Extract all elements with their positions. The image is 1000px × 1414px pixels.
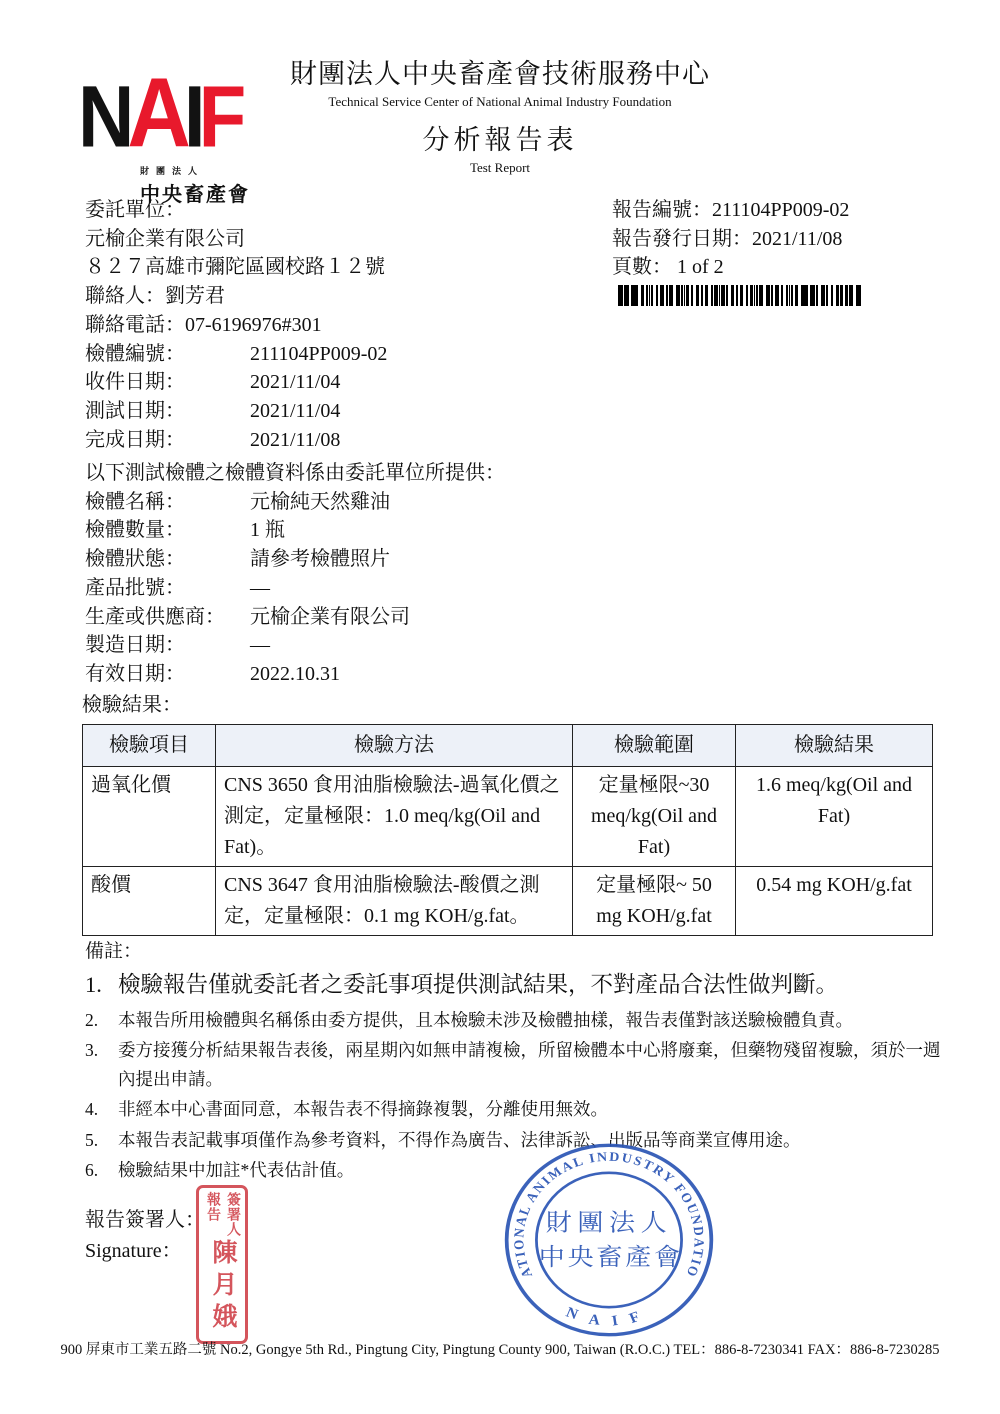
row2-method: CNS 3647 食用油脂檢驗法-酸價之測定，定量極限：0.1 mg KOH/g…	[216, 867, 573, 936]
note-number: 5.	[85, 1126, 118, 1155]
note-text: 委方接獲分析結果報告表後，兩星期內如無申請複檢，所留檢體本中心將廢棄，但藥物殘留…	[118, 1036, 951, 1093]
report-number-label: 報告編號：	[612, 199, 712, 221]
sample-number-label: 檢體編號：	[85, 340, 250, 369]
client-phone: 聯絡電話：07-6196976#301	[85, 311, 387, 340]
title-block: 財團法人中央畜產會技術服務中心 Technical Service Center…	[0, 52, 1000, 176]
table-row: 酸價 CNS 3647 食用油脂檢驗法-酸價之測定，定量極限：0.1 mg KO…	[83, 867, 933, 936]
page-count-value: 1 of 2	[672, 256, 724, 278]
batch-no-row: 產品批號：—	[85, 574, 505, 603]
supplier-value: 元榆企業有限公司	[250, 606, 410, 628]
received-date-value: 2021/11/04	[250, 371, 340, 393]
header-method: 檢驗方法	[216, 725, 573, 767]
report-number-value: 211104PP009-02	[712, 199, 849, 221]
header-item: 檢驗項目	[83, 725, 216, 767]
sample-name-value: 元榆純天然雞油	[250, 491, 390, 513]
received-date-row: 收件日期：2021/11/04	[85, 368, 387, 397]
sample-state-label: 檢體狀態：	[85, 545, 250, 574]
mfg-date-value: —	[250, 634, 270, 656]
sample-number-row: 檢體編號：211104PP009-02	[85, 340, 387, 369]
report-meta-block: 報告編號：211104PP009-02 報告發行日期：2021/11/08 頁數…	[612, 196, 861, 306]
mfg-date-label: 製造日期：	[85, 631, 250, 660]
stamp-signer-name: 陳月娥	[204, 1239, 240, 1335]
row1-item: 過氧化價	[83, 767, 216, 867]
page-title-en: Test Report	[0, 160, 1000, 176]
note-number: 3.	[85, 1036, 118, 1093]
row1-range: 定量極限~30 meq/kg(Oil and Fat)	[573, 767, 736, 867]
sample-name-label: 檢體名稱：	[85, 488, 250, 517]
client-contact: 聯絡人：劉芳君	[85, 282, 387, 311]
expiry-date-row: 有效日期：2022.10.31	[85, 660, 505, 689]
issue-date-row: 報告發行日期：2021/11/08	[612, 225, 861, 254]
complete-date-value: 2021/11/08	[250, 429, 340, 451]
complete-date-row: 完成日期：2021/11/08	[85, 426, 387, 455]
results-table: 檢驗項目 檢驗方法 檢驗範圍 檢驗結果 過氧化價 CNS 3650 食用油脂檢驗…	[82, 724, 933, 936]
note-number: 4.	[85, 1095, 118, 1124]
received-date-label: 收件日期：	[85, 368, 250, 397]
sample-qty-row: 檢體數量：1 瓶	[85, 516, 505, 545]
header-result: 檢驗結果	[736, 725, 933, 767]
client-company: 元榆企業有限公司	[85, 225, 387, 254]
client-unit-label: 委託單位：	[85, 196, 387, 225]
expiry-date-label: 有效日期：	[85, 660, 250, 689]
note-text: 本報告所用檢體與名稱係由委方提供，且本檢驗未涉及檢體抽樣，報告表僅對該送驗檢體負…	[118, 1006, 853, 1035]
report-number-row: 報告編號：211104PP009-02	[612, 196, 861, 225]
client-address: ８２７高雄市彌陀區國校路１２號	[85, 253, 387, 282]
stamp-title: 簽署人 報告	[202, 1192, 242, 1237]
stamp-title-right: 簽署人	[222, 1192, 242, 1237]
mfg-date-row: 製造日期：—	[85, 631, 505, 660]
results-section: 檢驗結果： 檢驗項目 檢驗方法 檢驗範圍 檢驗結果 過氧化價 CNS 3650 …	[82, 688, 932, 936]
header-range: 檢驗範圍	[573, 725, 736, 767]
note-item-1: 1.檢驗報告僅就委託者之委託事項提供測試結果，不對產品合法性做判斷。	[85, 969, 951, 1002]
signer-label-zh: 報告簽署人：	[85, 1205, 205, 1236]
note-number: 1.	[85, 969, 118, 1002]
note-text: 非經本中心書面同意，本報告表不得摘錄複製，分離使用無效。	[118, 1095, 608, 1124]
supplier-row: 生產或供應商：元榆企業有限公司	[85, 603, 505, 632]
organization-name-zh: 財團法人中央畜產會技術服務中心	[0, 52, 1000, 91]
page-title: 分析報告表	[0, 118, 1000, 157]
results-section-title: 檢驗結果：	[82, 688, 932, 717]
note-text: 檢驗報告僅就委託者之委託事項提供測試結果，不對產品合法性做判斷。	[118, 969, 838, 1002]
issue-date-value: 2021/11/08	[752, 228, 842, 250]
organization-seal: NATIONAL ANIMAL INDUSTRY FOUNDATION NAIF…	[502, 1141, 716, 1339]
row2-item: 酸價	[83, 867, 216, 936]
footer-address: 900 屏東市工業五路二號 No.2, Gongye 5th Rd., Ping…	[0, 1338, 1000, 1359]
signer-red-stamp: 簽署人 報告 陳月娥	[196, 1185, 248, 1344]
complete-date-label: 完成日期：	[85, 426, 250, 455]
sample-qty-value: 1 瓶	[250, 519, 285, 541]
page-count-label: 頁數：	[612, 256, 672, 278]
note-item-3: 3.委方接獲分析結果報告表後，兩星期內如無申請複檢，所留檢體本中心將廢棄，但藥物…	[85, 1036, 951, 1093]
supplier-label: 生產或供應商：	[85, 603, 250, 632]
results-header-row: 檢驗項目 檢驗方法 檢驗範圍 檢驗結果	[83, 725, 933, 767]
row2-result: 0.54 mg KOH/g.fat	[736, 867, 933, 936]
client-info-block: 委託單位： 元榆企業有限公司 ８２７高雄市彌陀區國校路１２號 聯絡人：劉芳君 聯…	[85, 196, 387, 454]
seal-center-line2: 中央畜產會	[539, 1244, 683, 1271]
issue-date-label: 報告發行日期：	[612, 228, 752, 250]
sample-name-row: 檢體名稱：元榆純天然雞油	[85, 488, 505, 517]
report-barcode	[618, 285, 861, 306]
sample-state-value: 請參考檢體照片	[250, 548, 390, 570]
notes-title: 備註：	[85, 936, 951, 963]
row2-range: 定量極限~ 50 mg KOH/g.fat	[573, 867, 736, 936]
table-row: 過氧化價 CNS 3650 食用油脂檢驗法-過氧化價之測定，定量極限：1.0 m…	[83, 767, 933, 867]
row1-method: CNS 3650 食用油脂檢驗法-過氧化價之測定，定量極限：1.0 meq/kg…	[216, 767, 573, 867]
note-text: 檢驗結果中加註*代表估計值。	[118, 1156, 354, 1185]
note-item-2: 2.本報告所用檢體與名稱係由委方提供，且本檢驗未涉及檢體抽樣，報告表僅對該送驗檢…	[85, 1006, 951, 1035]
sample-number-value: 211104PP009-02	[250, 343, 387, 365]
stamp-title-left: 報告	[202, 1192, 222, 1237]
signer-label-en: Signature：	[85, 1236, 205, 1267]
seal-center-line1: 財團法人	[546, 1209, 672, 1236]
note-number: 6.	[85, 1156, 118, 1185]
row1-result: 1.6 meq/kg(Oil and Fat)	[736, 767, 933, 867]
test-date-value: 2021/11/04	[250, 400, 340, 422]
expiry-date-value: 2022.10.31	[250, 663, 340, 685]
page-count-row: 頁數： 1 of 2	[612, 253, 861, 282]
batch-no-value: —	[250, 577, 270, 599]
organization-name-en: Technical Service Center of National Ani…	[0, 94, 1000, 110]
note-item-4: 4.非經本中心書面同意，本報告表不得摘錄複製，分離使用無效。	[85, 1095, 951, 1124]
test-date-label: 測試日期：	[85, 397, 250, 426]
signature-block: 報告簽署人： Signature：	[85, 1205, 205, 1267]
note-number: 2.	[85, 1006, 118, 1035]
sample-state-row: 檢體狀態：請參考檢體照片	[85, 545, 505, 574]
sample-qty-label: 檢體數量：	[85, 516, 250, 545]
batch-no-label: 產品批號：	[85, 574, 250, 603]
sample-info-block: 以下測試檢體之檢體資料係由委託單位所提供： 檢體名稱：元榆純天然雞油 檢體數量：…	[85, 459, 505, 689]
test-date-row: 測試日期：2021/11/04	[85, 397, 387, 426]
test-report-page: NAIF 財團法人 中央畜產會 財團法人中央畜產會技術服務中心 Technica…	[0, 0, 1000, 1414]
sample-info-intro: 以下測試檢體之檢體資料係由委託單位所提供：	[85, 459, 505, 488]
